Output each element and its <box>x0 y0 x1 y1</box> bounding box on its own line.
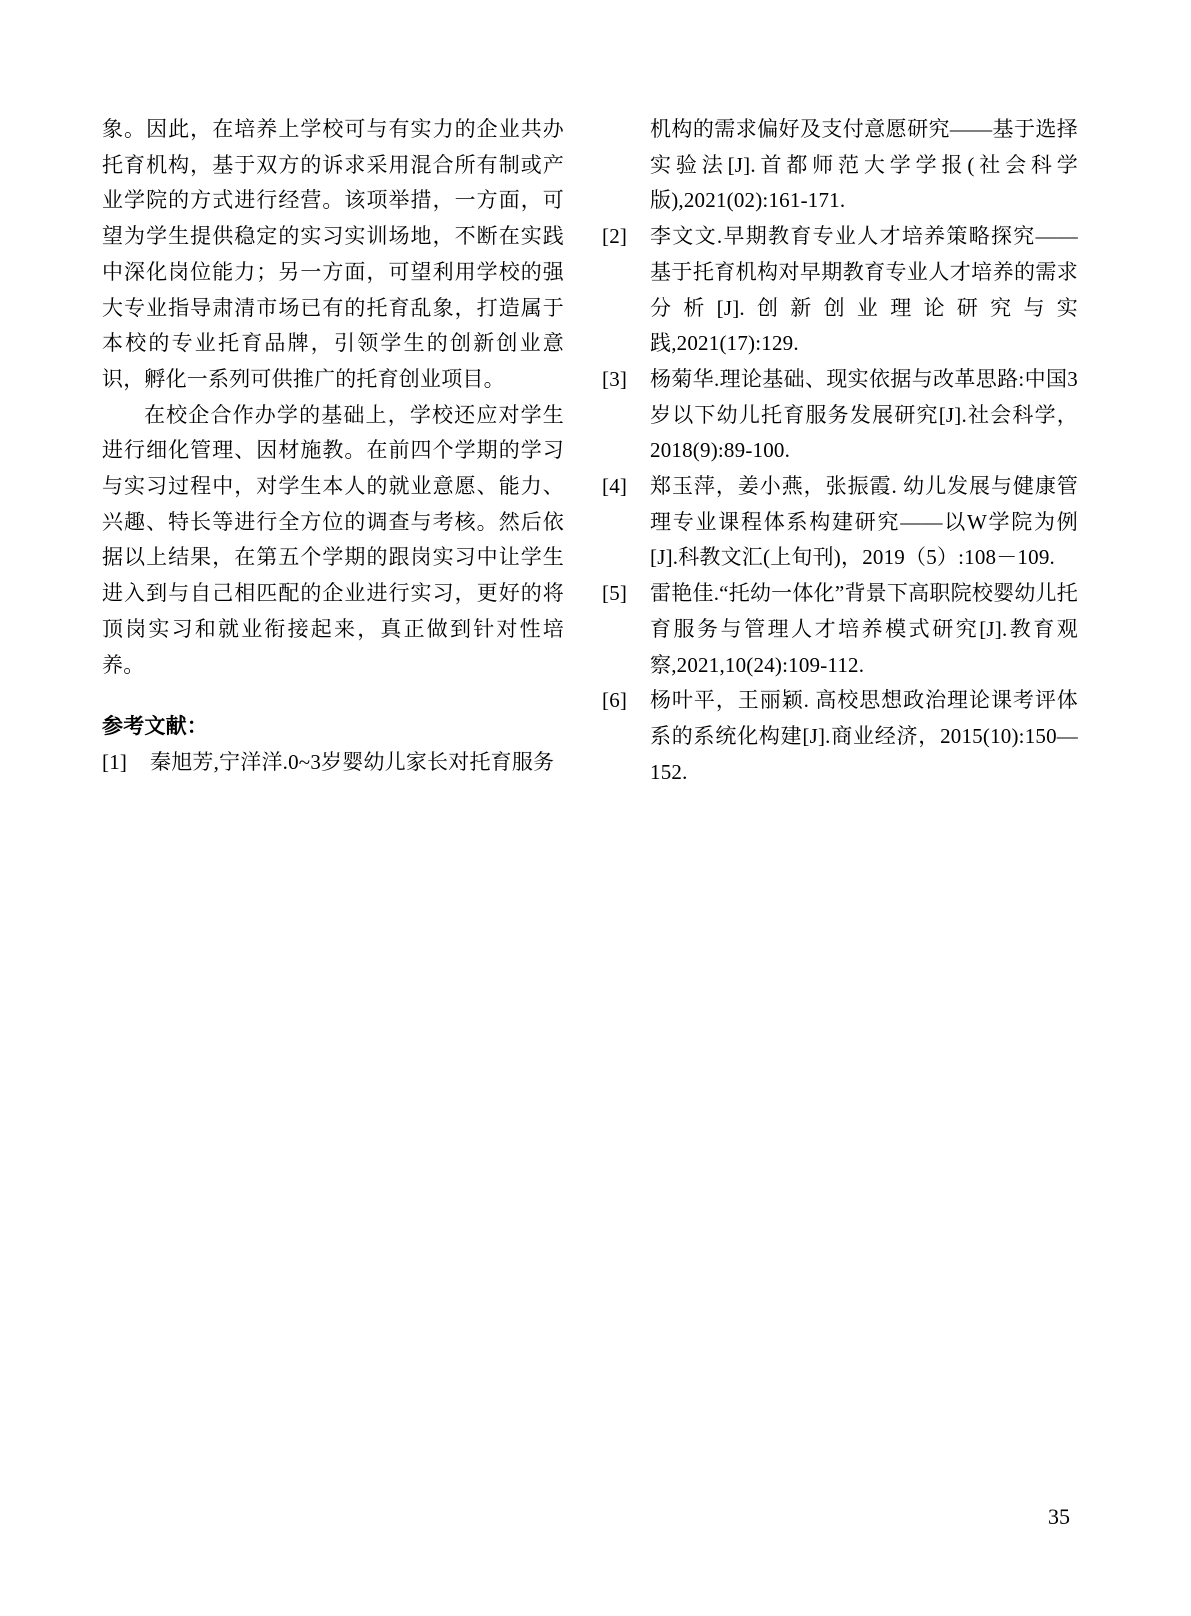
reference-text: 郑玉萍，姜小燕，张振霞. 幼儿发展与健康管理专业课程体系构建研究——以W学院为例… <box>650 474 1078 569</box>
right-column: 机构的需求偏好及支付意愿研究——基于选择实验法[J].首都师范大学学报(社会科学… <box>602 112 1078 790</box>
reference-label: [5] <box>602 576 627 612</box>
reference-item-2: [2] 李文文.早期教育专业人才培养策略探究——基于托育机构对早期教育专业人才培… <box>602 219 1078 362</box>
reference-item-6: [6] 杨叶平，王丽颖. 高校思想政治理论课考评体系的系统化构建[J].商业经济… <box>602 683 1078 790</box>
body-paragraph-2: 在校企合作办学的基础上，学校还应对学生进行细化管理、因材施教。在前四个学期的学习… <box>102 398 564 684</box>
reference-text: 雷艳佳.“托幼一体化”背景下高职院校婴幼儿托育服务与管理人才培养模式研究[J].… <box>650 581 1078 676</box>
reference-label: [2] <box>602 219 627 255</box>
document-page: 象。因此，在培养上学校可与有实力的企业共办托育机构，基于双方的诉求采用混合所有制… <box>0 0 1191 1616</box>
reference-label: [3] <box>602 362 627 398</box>
page-number: 35 <box>1048 1502 1070 1532</box>
reference-label: [4] <box>602 469 627 505</box>
body-paragraph-1: 象。因此，在培养上学校可与有实力的企业共办托育机构，基于双方的诉求采用混合所有制… <box>102 112 564 398</box>
reference-text: 李文文.早期教育专业人才培养策略探究——基于托育机构对早期教育专业人才培养的需求… <box>650 224 1078 355</box>
reference-item-3: [3] 杨菊华.理论基础、现实依据与改革思路:中国3岁以下幼儿托育服务发展研究[… <box>602 362 1078 469</box>
reference-text: 杨叶平，王丽颖. 高校思想政治理论课考评体系的系统化构建[J].商业经济，201… <box>650 688 1078 783</box>
reference-label: [6] <box>602 683 627 719</box>
reference-1-continuation: 机构的需求偏好及支付意愿研究——基于选择实验法[J].首都师范大学学报(社会科学… <box>602 112 1078 219</box>
references-heading: 参考文献： <box>102 709 564 745</box>
reference-item-4: [4] 郑玉萍，姜小燕，张振霞. 幼儿发展与健康管理专业课程体系构建研究——以W… <box>602 469 1078 576</box>
reference-text: 杨菊华.理论基础、现实依据与改革思路:中国3岁以下幼儿托育服务发展研究[J].社… <box>650 367 1078 462</box>
reference-label: [1] <box>102 745 127 781</box>
left-column: 象。因此，在培养上学校可与有实力的企业共办托育机构，基于双方的诉求采用混合所有制… <box>102 112 564 781</box>
reference-text: 秦旭芳,宁洋洋.0~3岁婴幼儿家长对托育服务 <box>150 745 564 781</box>
reference-item-5: [5] 雷艳佳.“托幼一体化”背景下高职院校婴幼儿托育服务与管理人才培养模式研究… <box>602 576 1078 683</box>
reference-item-1: [1] 秦旭芳,宁洋洋.0~3岁婴幼儿家长对托育服务 <box>102 745 564 781</box>
